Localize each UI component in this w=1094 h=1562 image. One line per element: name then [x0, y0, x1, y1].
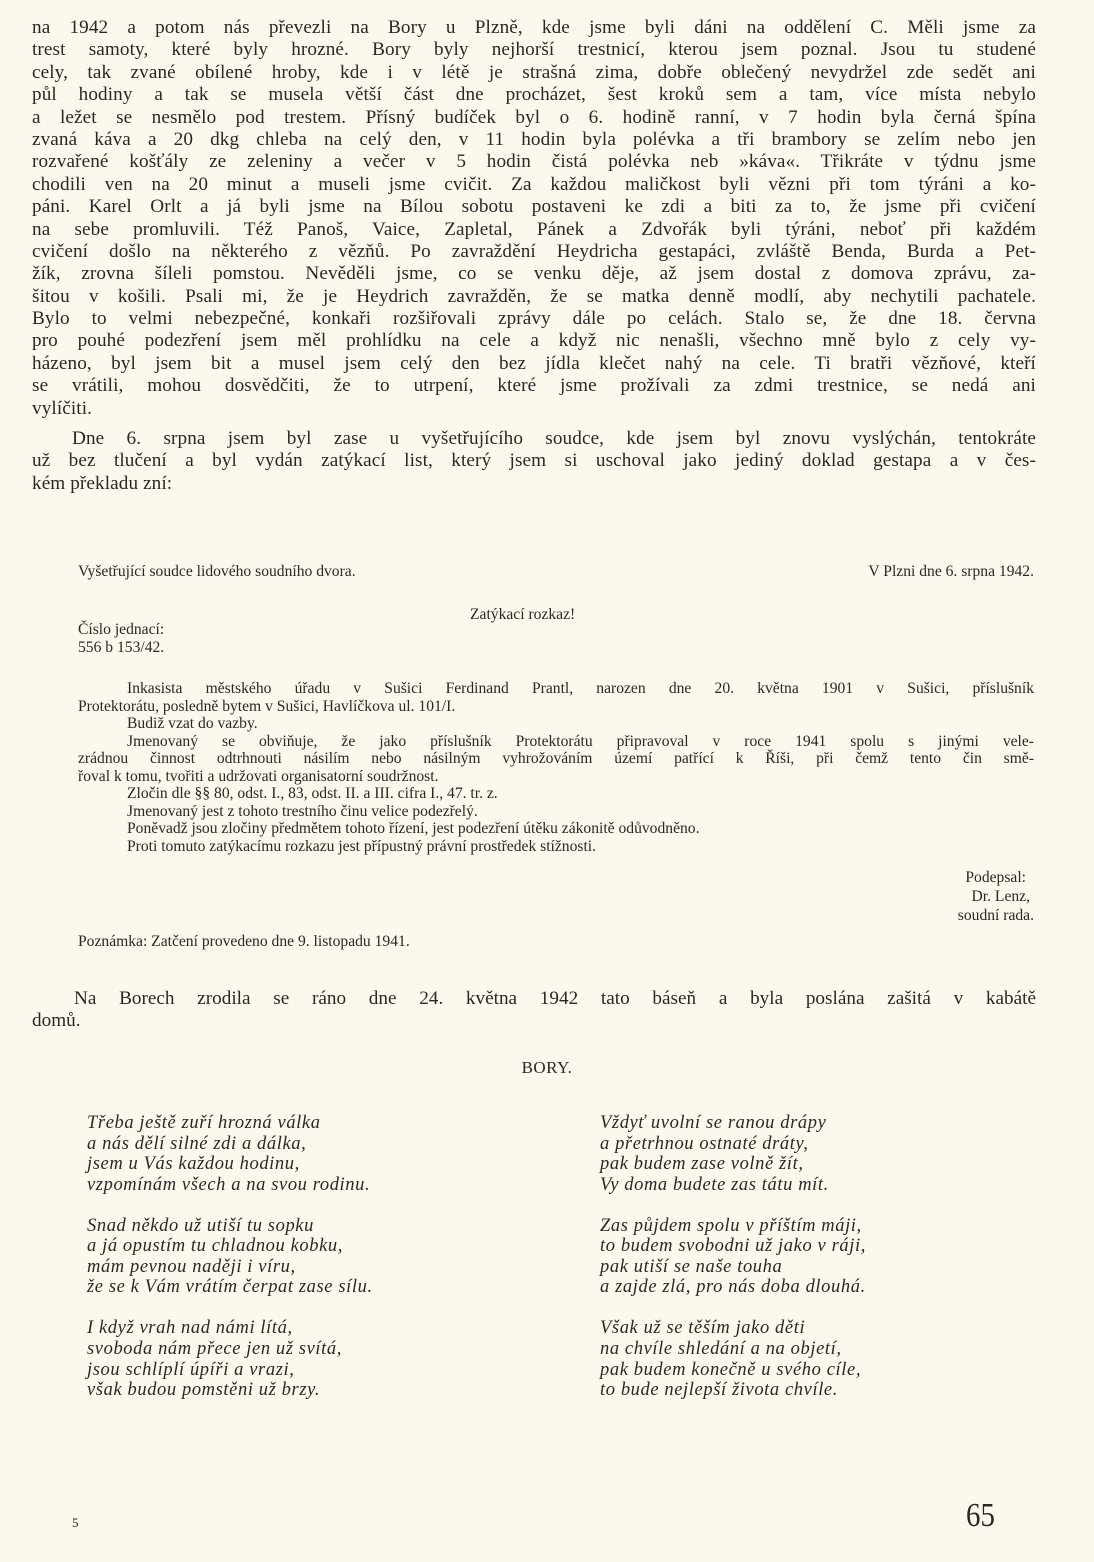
text-line: chodili ven na 20 minut a museli jsme cv…	[32, 174, 1036, 196]
poem-verse: Však už se těším jako děti	[600, 1318, 866, 1339]
poem-verse: Třeba ještě zuří hrozná válka	[87, 1113, 373, 1134]
warrant-ref-number: 556 b 153/42.	[78, 639, 164, 657]
poem-verse: pak utiší se naše touha	[600, 1257, 866, 1278]
text-line: žík, zrovna šíleli pomstou. Nevěděli jsm…	[32, 263, 1036, 285]
text-line: domů.	[32, 1010, 1036, 1032]
poem-verse: to budem svobodni už jako v ráji,	[600, 1236, 866, 1257]
poem-verse: Zas půjdem spolu v příštím máji,	[600, 1216, 866, 1237]
poem-verse: vzpomínám všech a na svou rodinu.	[87, 1175, 373, 1196]
warrant-line: Budiž vzat do vazby.	[78, 715, 1034, 733]
warrant-issuer: Vyšetřující soudce lidového soudního dvo…	[78, 563, 356, 581]
text-line: zvaná káva a 20 dkg chleba na celý den, …	[32, 129, 1036, 151]
text-line: páni. Karel Orlt a já byli jsme na Bílou…	[32, 196, 1036, 218]
poem-title: BORY.	[0, 1058, 1094, 1078]
warrant-line: Poněvadž jsou zločiny předmětem tohoto ř…	[78, 820, 1034, 838]
text-line: cely, tak zvané obílené hroby, kde i v l…	[32, 62, 1036, 84]
warrant-line: Protektorátu, posledně bytem v Sušici, H…	[78, 698, 1034, 716]
poem-right-column: Vždyť uvolní se ranou drápya přetrhnou o…	[600, 1113, 866, 1421]
warrant-line: Inkasista městského úřadu v Sušici Ferdi…	[78, 680, 1034, 698]
signature-mark: 5	[72, 1515, 79, 1531]
text-line: Dne 6. srpna jsem byl zase u vyšetřující…	[32, 428, 1036, 450]
poem-verse: jsem u Vás každou hodinu,	[87, 1154, 373, 1175]
narrative-text: na 1942 a potom nás převezli na Bory u P…	[32, 17, 1036, 495]
signature-title: soudní rada.	[958, 907, 1034, 926]
text-line: cvičení došlo na některého z vězňů. Po z…	[32, 241, 1036, 263]
warrant-signature: Podepsal: Dr. Lenz, soudní rada.	[958, 869, 1034, 925]
paragraph-1: na 1942 a potom nás převezli na Bory u P…	[32, 17, 1036, 420]
warrant-body: Inkasista městského úřadu v Sušici Ferdi…	[78, 680, 1034, 855]
text-line: Bylo to velmi nebezpečné, konkaři rozšiř…	[32, 308, 1036, 330]
poem-verse: a přetrhnou ostnaté dráty,	[600, 1134, 866, 1155]
text-line: půl hodiny a tak se musela větší část dn…	[32, 84, 1036, 106]
warrant-line: zrádnou činnost odtrhnouti násilím nebo …	[78, 750, 1034, 768]
poem-verse: Snad někdo už utiší tu sopku	[87, 1216, 373, 1237]
poem-verse: I když vrah nad námi lítá,	[87, 1318, 373, 1339]
poem-stanza: Však už se těším jako dětina chvíle shle…	[600, 1318, 866, 1400]
text-line: trest samoty, které byly hrozné. Bory by…	[32, 39, 1036, 61]
poem-verse: a já opustím tu chladnou kobku,	[87, 1236, 373, 1257]
poem-verse: to bude nejlepší života chvíle.	[600, 1380, 866, 1401]
poem-stanza: Vždyť uvolní se ranou drápya přetrhnou o…	[600, 1113, 866, 1195]
poem-verse: mám pevnou naději i víru,	[87, 1257, 373, 1278]
text-line: vylíčiti.	[32, 398, 1036, 420]
poem-intro: Na Borech zrodila se ráno dne 24. května…	[32, 988, 1036, 1033]
warrant-line: Jmenovaný se obviňuje, že jako příslušní…	[78, 733, 1034, 751]
warrant-line: Jmenovaný jest z tohoto trestního činu v…	[78, 803, 1034, 821]
warrant-ref-label: Číslo jednací:	[78, 621, 164, 639]
poem-verse: svoboda nám přece jen už svítá,	[87, 1339, 373, 1360]
warrant-title: Zatýkací rozkaz!	[470, 606, 575, 624]
poem-verse: Vy doma budete zas tátu mít.	[600, 1175, 866, 1196]
warrant-place-date: V Plzni dne 6. srpna 1942.	[868, 563, 1034, 581]
poem-stanza: Snad někdo už utiší tu sopkua já opustím…	[87, 1216, 373, 1298]
text-line: na 1942 a potom nás převezli na Bory u P…	[32, 17, 1036, 39]
warrant-line: Proti tomuto zatýkacímu rozkazu jest pří…	[78, 838, 1034, 856]
warrant-line: Zločin dle §§ 80, odst. I., 83, odst. II…	[78, 785, 1034, 803]
text-line: už bez tlučení a byl vydán zatýkací list…	[32, 450, 1036, 472]
text-line: se vrátili, mohou dosvědčiti, že to utrp…	[32, 375, 1036, 397]
poem-left-column: Třeba ještě zuří hrozná válkaa nás dělí …	[87, 1113, 373, 1421]
poem-verse: pak budem konečně u svého cíle,	[600, 1360, 866, 1381]
signature-name: Dr. Lenz,	[958, 888, 1034, 907]
text-line: kém překladu zní:	[32, 473, 1036, 495]
signature-label: Podepsal:	[958, 869, 1034, 888]
poem-verse: a nás dělí silné zdi a dálka,	[87, 1134, 373, 1155]
text-line: rozvařené košťály ze zeleniny a večer v …	[32, 151, 1036, 173]
poem-verse: jsou schlíplí úpíři a vrazi,	[87, 1360, 373, 1381]
poem-verse: Vždyť uvolní se ranou drápy	[600, 1113, 866, 1134]
poem-stanza: Třeba ještě zuří hrozná válkaa nás dělí …	[87, 1113, 373, 1195]
poem-verse: že se k Vám vrátím čerpat zase sílu.	[87, 1277, 373, 1298]
poem-stanza: I když vrah nad námi lítá,svoboda nám př…	[87, 1318, 373, 1400]
poem-verse: pak budem zase volně žít,	[600, 1154, 866, 1175]
poem-verse: na chvíle shledání a na objetí,	[600, 1339, 866, 1360]
text-line: pro pouhé podezření jsem měl prohlídku n…	[32, 330, 1036, 352]
text-line: na sebe promluvili. Též Panoš, Vaice, Za…	[32, 219, 1036, 241]
poem-stanza: Zas půjdem spolu v příštím máji,to budem…	[600, 1216, 866, 1298]
text-line: Na Borech zrodila se ráno dne 24. května…	[32, 988, 1036, 1010]
poem-verse: a zajde zlá, pro nás doba dlouhá.	[600, 1277, 866, 1298]
text-line: šitou v košili. Psali mi, že je Heydrich…	[32, 286, 1036, 308]
warrant-line: řoval k tomu, tvořiti a udržovati organi…	[78, 768, 1034, 786]
poem-verse: však budou pomstěni už brzy.	[87, 1380, 373, 1401]
text-line: házeno, byl jsem bit a musel jsem celý d…	[32, 353, 1036, 375]
page-number: 65	[966, 1497, 995, 1535]
document-page: na 1942 a potom nás převezli na Bory u P…	[0, 0, 1094, 1562]
text-line: a ležet se nesmělo pod trestem. Přísný b…	[32, 107, 1036, 129]
warrant-note: Poznámka: Zatčení provedeno dne 9. listo…	[78, 933, 410, 951]
paragraph-2: Dne 6. srpna jsem byl zase u vyšetřující…	[32, 428, 1036, 495]
